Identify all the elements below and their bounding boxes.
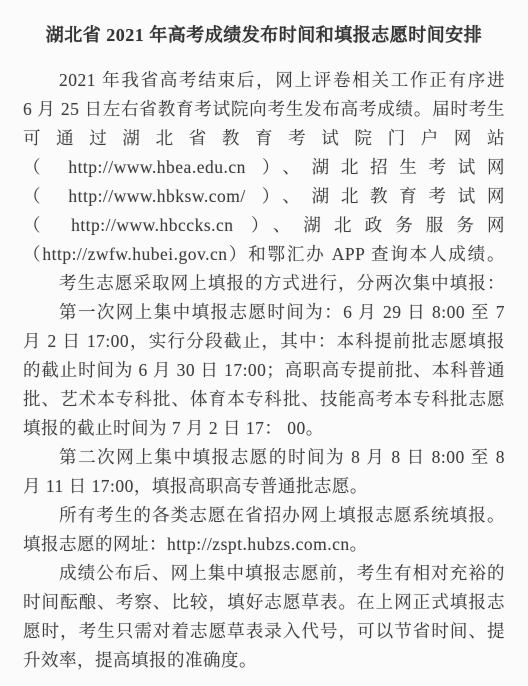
text-line: 批、艺术本专科批、体育本专科批、技能高考本专科批志愿	[23, 385, 505, 414]
text-line-url: 填报志愿的网址：http://zspt.hubzs.com.cn。	[23, 530, 505, 559]
text-line: 所有考生的各类志愿在省招办网上填报志愿系统填报。	[23, 501, 505, 530]
text-line: 月 11 日 17:00，填报高职高专普通批志愿。	[23, 472, 505, 501]
text-line-url: （ http://www.hbea.edu.cn ）、湖北招生考试网	[23, 153, 505, 182]
text-line: 第二次网上集中填报志愿的时间为 8 月 8 日 8:00 至 8	[23, 443, 505, 472]
text-line: 填报的截止时间为 7 月 2 日 17： 00。	[23, 414, 505, 443]
text-line: 考生志愿采取网上填报的方式进行，分两次集中填报：	[23, 269, 505, 298]
text-line: 第一次网上集中填报志愿时间为：6 月 29 日 8:00 至 7	[23, 298, 505, 327]
text-line: 可通过湖北省教育考试院门户网站	[23, 124, 505, 153]
text-line: 的截止时间为 6 月 30 日 17:00；高职高专提前批、本科普通	[23, 356, 505, 385]
text-line: 6 月 25 日左右省教育考试院向考生发布高考成绩。届时考生	[23, 95, 505, 124]
document-title: 湖北省 2021 年高考成绩发布时间和填报志愿时间安排	[14, 22, 514, 48]
text-line: 升效率，提高填报的准确度。	[23, 646, 505, 675]
text-line: 时间酝酿、考察、比较，填好志愿草表。在上网正式填报志	[23, 588, 505, 617]
document-body: 2021 年我省高考结束后，网上评卷相关工作正有序进行， 6 月 25 日左右省…	[23, 66, 505, 675]
text-line: 2021 年我省高考结束后，网上评卷相关工作正有序进行，	[23, 66, 505, 95]
text-line-url: （ http://www.hbksw.com/ ）、湖北教育考试网	[23, 182, 505, 211]
text-line-url: （ http://www.hbccks.cn ）、湖北政务服务网	[23, 211, 505, 240]
text-line: 愿时，考生只需对着志愿草表录入代号，可以节省时间、提	[23, 617, 505, 646]
text-line: 成绩公布后、网上集中填报志愿前，考生有相对充裕的	[23, 559, 505, 588]
text-line-url: （http://zwfw.hubei.gov.cn）和鄂汇办 APP 查询本人成…	[23, 240, 505, 269]
scanned-document-page: 湖北省 2021 年高考成绩发布时间和填报志愿时间安排 2021 年我省高考结束…	[0, 0, 528, 686]
text-line: 月 2 日 17:00，实行分段截止，其中：本科提前批志愿填报	[23, 327, 505, 356]
